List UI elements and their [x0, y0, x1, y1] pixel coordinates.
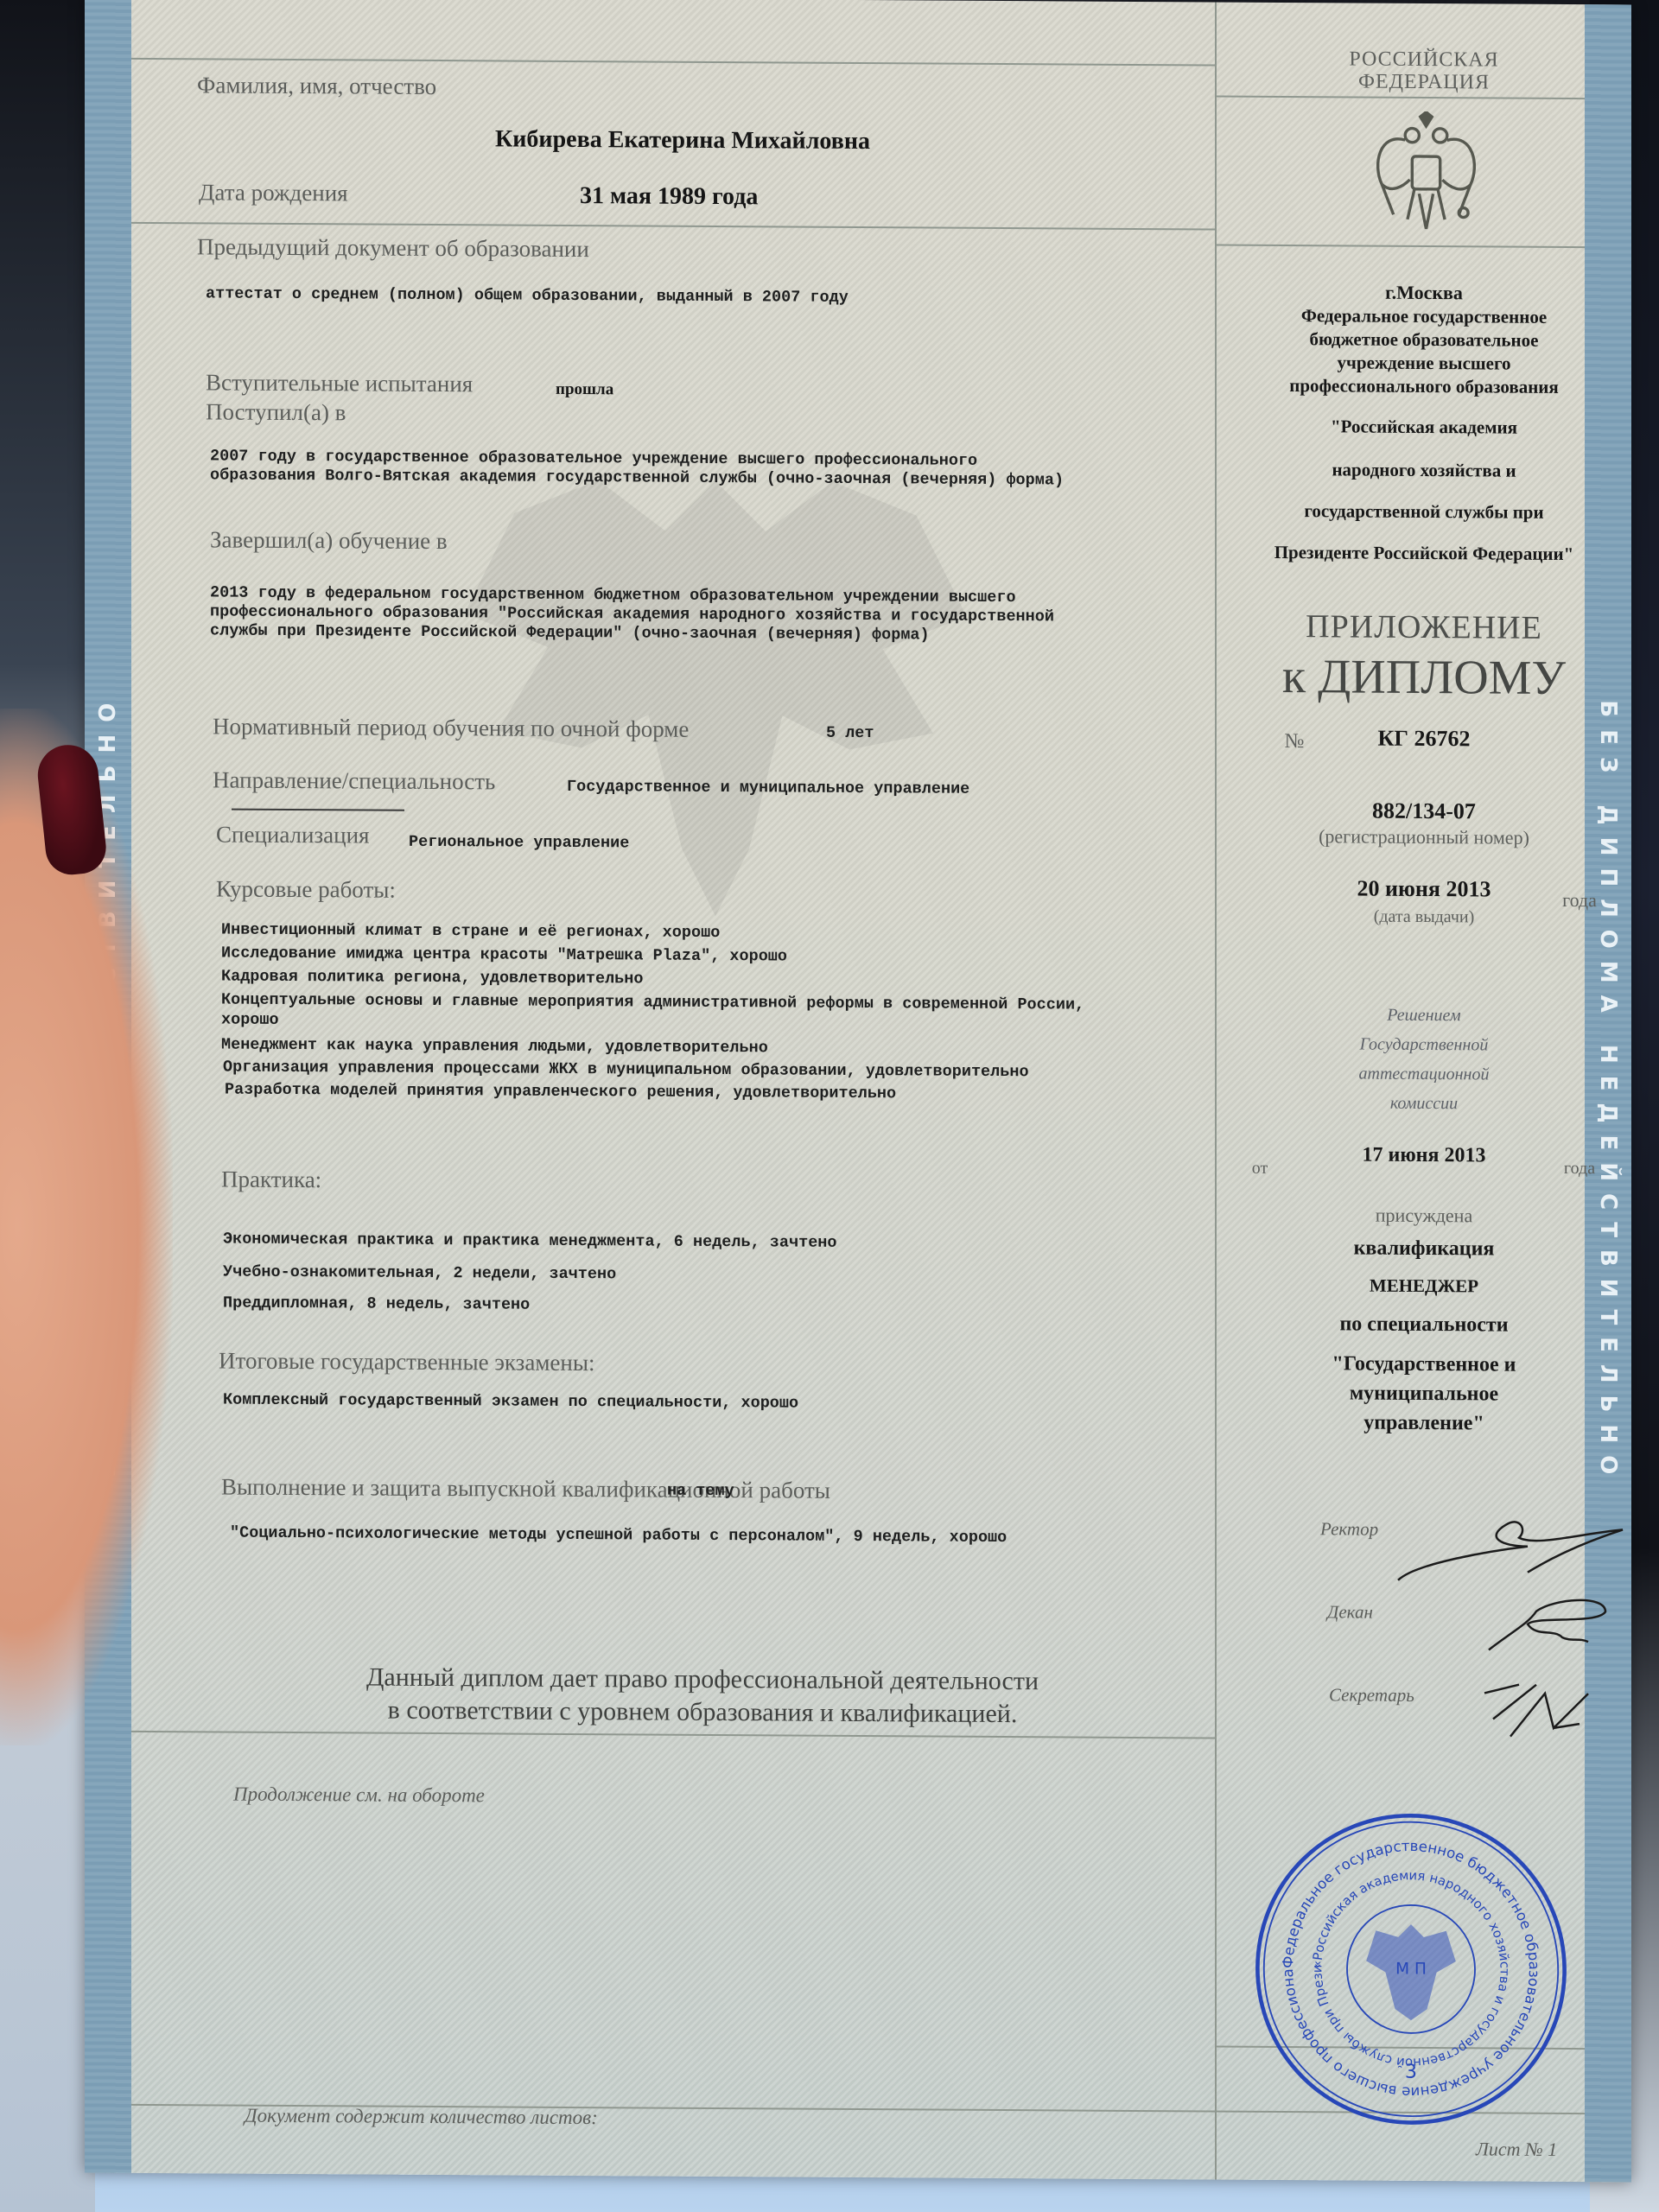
- full-name: Кибирева Екатерина Михайловна: [495, 125, 870, 156]
- final-exams-label: Итоговые государственные экзамены:: [219, 1347, 594, 1376]
- qualification-label: квалификация: [1217, 1236, 1631, 1262]
- specialty-line: управление": [1217, 1411, 1631, 1437]
- qualification: МЕНЕДЖЕР: [1217, 1274, 1631, 1299]
- svg-text:3: 3: [1405, 2061, 1417, 2083]
- sheets-count-label: Документ содержит количество листов:: [245, 2105, 598, 2129]
- thesis: "Социально-психологические методы успешн…: [230, 1524, 1007, 1548]
- commission-date-suffix: года: [1372, 1158, 1659, 1180]
- practice-item: Учебно-ознакомительная, 2 недели, зачтен…: [223, 1263, 616, 1285]
- svg-text:М П: М П: [1395, 1960, 1427, 1978]
- specialty-line: "Государственное и: [1217, 1352, 1631, 1378]
- prev-doc-label: Предыдущий документ об образовании: [197, 233, 589, 263]
- coursework-item: Менеджмент как наука управления людьми, …: [221, 1035, 768, 1058]
- thesis-label: Выполнение и защита выпускной квалификац…: [221, 1473, 830, 1503]
- coat-of-arms-icon: [1368, 111, 1484, 242]
- prev-doc: аттестат о среднем (полном) общем образо…: [206, 284, 849, 308]
- thesis-topic-prefix: на тему: [667, 1482, 734, 1501]
- city: г.Москва: [1217, 281, 1631, 306]
- direction-label: Направление/специальность: [213, 766, 495, 795]
- coursework-item: Организация управления процессами ЖКХ в …: [223, 1058, 1029, 1083]
- commission-line: Государственной: [1217, 1034, 1631, 1057]
- signature-role-dean: Декан: [1327, 1601, 1373, 1623]
- registration-number-caption: (регистрационный номер): [1217, 825, 1631, 850]
- birth-date: 31 мая 1989 года: [580, 182, 758, 211]
- completed-line: службы при Президенте Российской Федерац…: [210, 621, 930, 645]
- divider: [131, 222, 1215, 231]
- registration-number: 882/134-07: [1217, 798, 1631, 826]
- rector-signature-icon: [1389, 1511, 1631, 1591]
- completed-label: Завершил(а) обучение в: [210, 526, 448, 555]
- coursework-item: хорошо: [221, 1010, 279, 1029]
- sheet-number: Лист № 1: [1476, 2138, 1557, 2161]
- normative-period-label: Нормативный период обучения по очной фор…: [213, 713, 689, 742]
- divider: [131, 58, 1215, 67]
- enrolled-line: образования Волго-Вятская академия госуд…: [210, 466, 1064, 490]
- full-name-label: Фамилия, имя, отчество: [197, 72, 436, 100]
- final-exams: Комплексный государственный экзамен по с…: [223, 1391, 798, 1414]
- coursework-item: Разработка моделей принятия управленческ…: [225, 1081, 896, 1104]
- institution-line: бюджетное образовательное: [1217, 328, 1631, 353]
- continued-note: Продолжение см. на обороте: [233, 1783, 485, 1808]
- specialization: Региональное управление: [409, 833, 629, 854]
- practice-label: Практика:: [221, 1166, 321, 1193]
- underline: [232, 809, 404, 811]
- rights-line: Данный диплом дает право профессионально…: [188, 1662, 1217, 1697]
- institution-name-line: Президенте Российской Федерации": [1217, 542, 1631, 566]
- institution-line: учреждение высшего: [1217, 352, 1631, 376]
- practice-item: Преддипломная, 8 недель, зачтено: [223, 1294, 530, 1315]
- official-seal-stamp-icon: Федеральное государственное бюджетное об…: [1251, 1808, 1571, 2130]
- institution-name-line: "Российская академия: [1217, 416, 1631, 440]
- entrance-exams-value: прошла: [556, 380, 613, 399]
- enrolled-label: Поступил(а) в: [206, 398, 346, 426]
- country-header: РОССИЙСКАЯ: [1217, 48, 1631, 73]
- practice-item: Экономическая практика и практика менедж…: [223, 1230, 837, 1253]
- diploma-number: КГ 26762: [1217, 725, 1631, 753]
- coursework-item: Исследование имиджа центра красоты "Матр…: [221, 944, 787, 966]
- institution-name-line: государственной службы при: [1217, 500, 1631, 524]
- signature-role-rector: Ректор: [1320, 1518, 1378, 1540]
- coursework-label: Курсовые работы:: [216, 875, 396, 903]
- awarded: присуждена: [1217, 1204, 1631, 1229]
- direction: Государственное и муниципальное управлен…: [567, 778, 969, 799]
- institution-line: Федеральное государственное: [1217, 305, 1631, 329]
- rights-line: в соответствии с уровнем образования и к…: [188, 1694, 1217, 1730]
- title-supplement: ПРИЛОЖЕНИЕ: [1217, 607, 1631, 648]
- secretary-signature-icon: [1476, 1675, 1605, 1745]
- by-specialty: по специальности: [1217, 1313, 1631, 1338]
- specialization-label: Специализация: [216, 821, 369, 849]
- issue-date-caption: (дата выдачи): [1217, 906, 1631, 929]
- title-to-diploma: к ДИПЛОМУ: [1217, 649, 1631, 707]
- coursework-item: Концептуальные основы и главные мероприя…: [221, 990, 1084, 1014]
- coursework-item: Кадровая политика региона, удовлетворите…: [221, 967, 643, 988]
- commission-line: Решением: [1217, 1005, 1631, 1027]
- divider: [131, 1731, 1215, 1739]
- institution-name-line: народного хозяйства и: [1217, 459, 1631, 483]
- diploma-supplement-sheet: БЕЗ ДИПЛОМА НЕДЕЙСТВИТЕЛЬНО БЕЗ ДИПЛОМА …: [85, 0, 1631, 2182]
- entrance-exams-label: Вступительные испытания: [206, 369, 473, 397]
- commission-line: аттестационной: [1217, 1064, 1631, 1086]
- eagle-watermark-icon: [370, 412, 1061, 952]
- institution-line: профессионального образования: [1217, 375, 1631, 399]
- normative-period: 5 лет: [826, 724, 874, 743]
- birth-date-label: Дата рождения: [199, 179, 348, 207]
- coursework-item: Инвестиционный климат в стране и её реги…: [221, 920, 720, 943]
- signature-role-secretary: Секретарь: [1329, 1684, 1414, 1707]
- country-header: ФЕДЕРАЦИЯ: [1217, 70, 1631, 96]
- dean-signature-icon: [1484, 1589, 1614, 1659]
- specialty-line: муниципальное: [1217, 1382, 1631, 1408]
- commission-line: комиссии: [1217, 1093, 1631, 1116]
